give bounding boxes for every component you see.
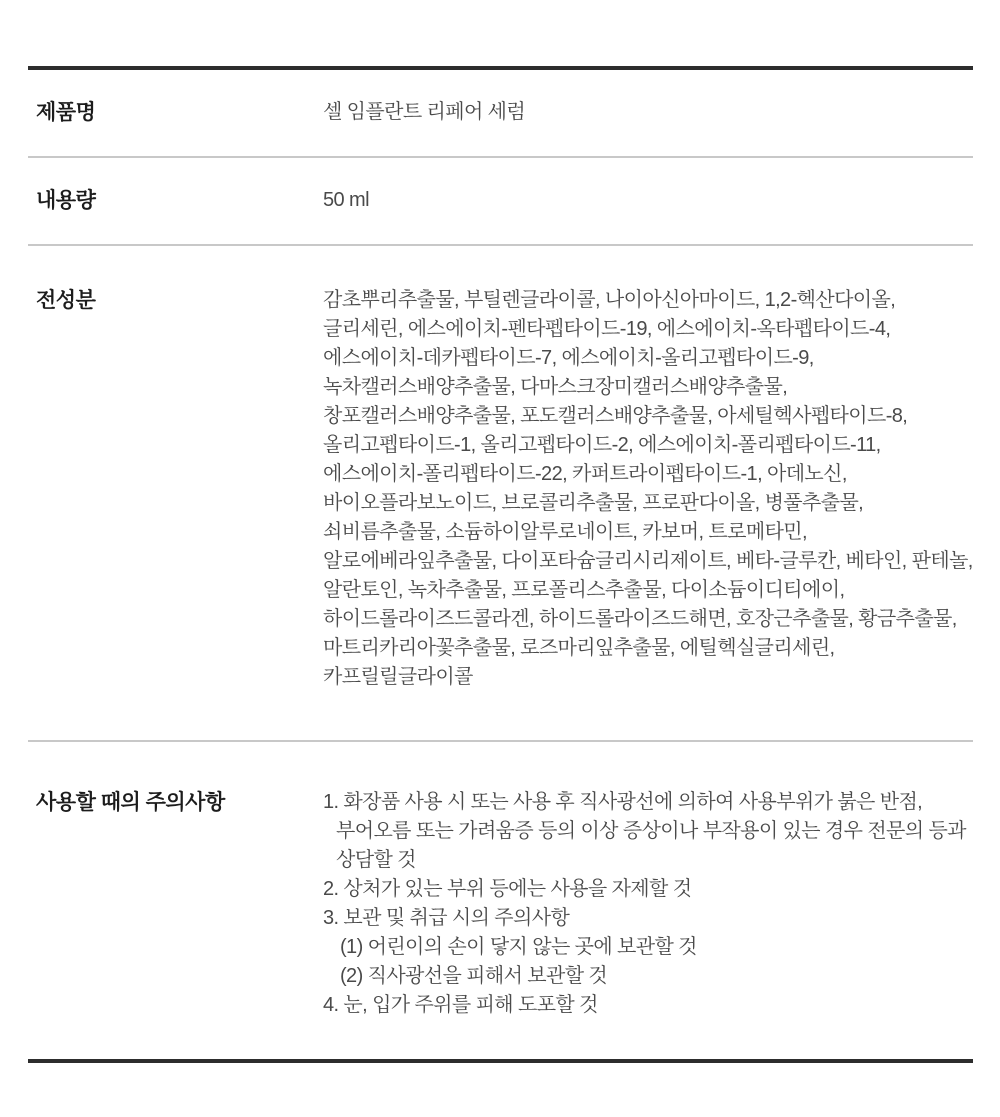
table-row-product-name: 제품명 셀 임플란트 리페어 세럼 bbox=[28, 70, 973, 158]
table-row-precautions: 사용할 때의 주의사항 1. 화장품 사용 시 또는 사용 후 직사광선에 의하… bbox=[28, 742, 973, 1059]
ingredients-label: 전성분 bbox=[28, 286, 323, 315]
precautions-list: 1. 화장품 사용 시 또는 사용 후 직사광선에 의하여 사용부위가 붉은 반… bbox=[323, 788, 973, 1020]
precaution-item-4: 4. 눈, 입가 주위를 피해 도포할 것 bbox=[323, 991, 973, 1020]
volume-value: 50 ml bbox=[323, 188, 973, 213]
table-row-volume: 내용량 50 ml bbox=[28, 158, 973, 246]
table-row-ingredients: 전성분 감초뿌리추출물, 부틸렌글라이콜, 나이아신아마이드, 1,2-헥산다이… bbox=[28, 246, 973, 742]
precaution-item-3-sub-1: (1) 어린이의 손이 닿지 않는 곳에 보관할 것 bbox=[340, 933, 973, 962]
precaution-item-3: 3. 보관 및 취급 시의 주의사항 bbox=[323, 904, 973, 933]
product-info-table: 제품명 셀 임플란트 리페어 세럼 내용량 50 ml 전성분 감초뿌리추출물,… bbox=[28, 66, 973, 1063]
precaution-item-3-sub-2: (2) 직사광선을 피해서 보관할 것 bbox=[340, 962, 973, 991]
ingredients-value: 감초뿌리추출물, 부틸렌글라이콜, 나이아신아마이드, 1,2-헥산다이올, 글… bbox=[323, 286, 973, 692]
precautions-label: 사용할 때의 주의사항 bbox=[28, 788, 323, 817]
precaution-item-2: 2. 상처가 있는 부위 등에는 사용을 자제할 것 bbox=[323, 875, 973, 904]
volume-label: 내용량 bbox=[28, 188, 323, 213]
product-name-label: 제품명 bbox=[28, 100, 323, 125]
precaution-item-1: 1. 화장품 사용 시 또는 사용 후 직사광선에 의하여 사용부위가 붉은 반… bbox=[323, 788, 973, 875]
product-name-value: 셀 임플란트 리페어 세럼 bbox=[323, 100, 973, 125]
